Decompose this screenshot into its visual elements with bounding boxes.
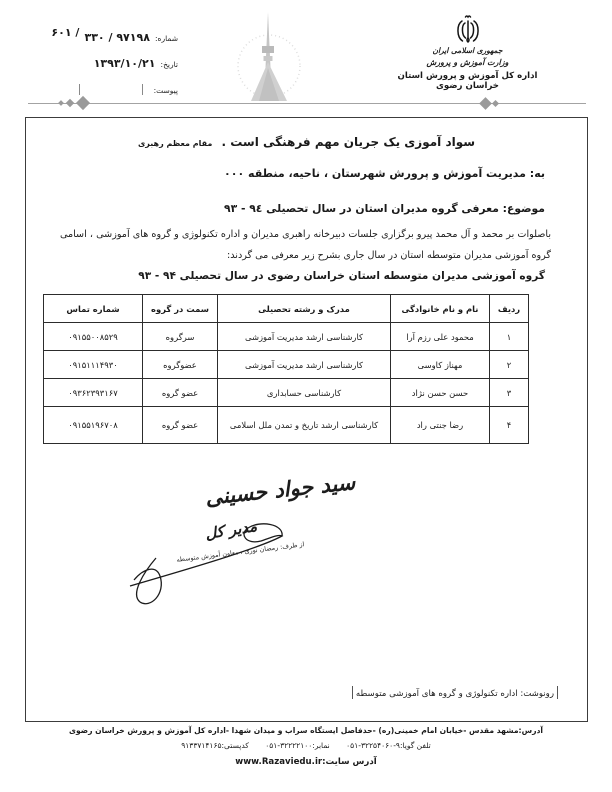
website-label: آدرس سایت: <box>322 757 377 767</box>
signatory-name: سید جواد حسینی <box>204 470 356 510</box>
table-cell: کارشناسی ارشد مدیریت آموزشی <box>218 351 391 379</box>
slogan-line: سواد آموزی یک جریان مهم فرهنگی است . مقا… <box>26 131 587 150</box>
iran-emblem-icon <box>456 14 480 44</box>
table-cell: عضوگروه <box>143 351 218 379</box>
subject-line: موضوع: معرفی گروه مدیران استان در سال تح… <box>224 202 545 215</box>
table-cell: رضا جنتی راد <box>391 407 490 444</box>
col-header-row-number: ردیف <box>490 295 529 323</box>
table-row: ۱محمود علی رزم آراکارشناسی ارشد مدیریت آ… <box>44 323 529 351</box>
table-cell: محمود علی رزم آرا <box>391 323 490 351</box>
meta-block: شماره: ۹۷۱۹۸ / ۳۳۰ / ۶۰۱ تاریخ: ۱۳۹۳/۱۰/… <box>28 26 178 104</box>
table-cell: حسن حسن نژاد <box>391 379 490 407</box>
table-cell: ۳ <box>490 379 529 407</box>
footer: آدرس:مشهد مقدس -خیابان امام خمینی(ره) -ح… <box>25 726 587 767</box>
slogan-text: سواد آموزی یک جریان مهم فرهنگی است . <box>221 135 475 149</box>
attachment-row: پیوست: <box>28 78 178 97</box>
cc-bracket <box>352 686 353 699</box>
letter-date-row: تاریخ: ۱۳۹۳/۱۰/۲۱ <box>28 52 178 71</box>
number-label: شماره: <box>155 34 178 43</box>
footer-fax: نمابر:۳۲۲۲۲۱۰۰-۰۵۱ <box>265 741 330 750</box>
date-value: ۱۳۹۳/۱۰/۲۱ <box>94 57 156 70</box>
col-header-role: سمت در گروه <box>143 295 218 323</box>
attachment-label: پیوست: <box>154 86 178 95</box>
divider-ornament <box>492 100 499 107</box>
footer-postal-code: کدپستی:۹۱۳۳۷۱۴۱۶۵ <box>181 741 249 750</box>
col-header-degree: مدرک و رشته تحصیلی <box>218 295 391 323</box>
recipient-line: به: مدیریت آموزش و پرورش شهرستان ، ناحیه… <box>224 167 545 180</box>
table-cell: ۰۹۱۵۵۱۹۶۷۰۸ <box>44 407 143 444</box>
table-title: گروه آموزشی مدیران متوسطه استان خراسان ر… <box>138 270 545 282</box>
table-cell: ۰۹۱۵۵۰۰۸۵۲۹ <box>44 323 143 351</box>
attachment-bracket <box>79 84 143 95</box>
table-header-row: ردیف نام و نام خانوادگی مدرک و رشته تحصی… <box>44 295 529 323</box>
footer-website-line: آدرس سایت:www.Razaviedu.ir <box>25 757 587 767</box>
footer-phone: تلفن گویا:۹-۳۲۲۵۴۰۶۰-۰۵۱ <box>346 741 431 750</box>
cc-text: رونوشت: اداره تکنولوژی و گروه های آموزشی… <box>356 689 554 699</box>
table-cell: کارشناسی ارشد مدیریت آموزشی <box>218 323 391 351</box>
table-cell: مهناز کاوسی <box>391 351 490 379</box>
table-row: ۴رضا جنتی رادکارشناسی ارشد تاریخ و تمدن … <box>44 407 529 444</box>
signature-flourish <box>122 518 297 610</box>
table-cell: ۰۹۱۵۱۱۱۴۹۳۰ <box>44 351 143 379</box>
table-cell: ۱ <box>490 323 529 351</box>
table-cell: عضو گروه <box>143 407 218 444</box>
table-cell: ۴ <box>490 407 529 444</box>
managers-table: ردیف نام و نام خانوادگی مدرک و رشته تحصی… <box>43 294 529 444</box>
number-value: ۹۷۱۹۸ / ۳۳۰ <box>85 31 150 44</box>
divider-ornament <box>479 97 492 110</box>
date-label: تاریخ: <box>161 60 178 69</box>
table-row: ۲مهناز کاوسیکارشناسی ارشد مدیریت آموزشیع… <box>44 351 529 379</box>
letter-page: شماره: ۹۷۱۹۸ / ۳۳۰ / ۶۰۱ تاریخ: ۱۳۹۳/۱۰/… <box>0 0 612 792</box>
table-cell: ۰۹۳۶۲۳۹۳۱۶۷ <box>44 379 143 407</box>
letter-number-row: شماره: ۹۷۱۹۸ / ۳۳۰ / ۶۰۱ <box>28 26 178 45</box>
letterhead-department: اداره کل آموزش و پرورش استان خراسان رضوی <box>385 71 550 91</box>
letterhead-country: جمهوری اسلامی ایران <box>385 46 550 55</box>
body-paragraph: باصلوات بر محمد و آل محمد پیرو برگزاری ج… <box>60 224 551 266</box>
letterhead-ministry: وزارت آموزش و پرورش <box>385 58 550 67</box>
col-header-full-name: نام و نام خانوادگی <box>391 295 490 323</box>
cc-line: رونوشت: اداره تکنولوژی و گروه های آموزشی… <box>349 686 561 699</box>
table-cell: ۲ <box>490 351 529 379</box>
table-cell: عضو گروه <box>143 379 218 407</box>
monument-watermark <box>231 10 305 104</box>
table-row: ۳حسن حسن نژادکارشناسی حسابداریعضو گروه۰۹… <box>44 379 529 407</box>
table-body: ۱محمود علی رزم آراکارشناسی ارشد مدیریت آ… <box>44 323 529 444</box>
table-cell: کارشناسی حسابداری <box>218 379 391 407</box>
slogan-attribution: مقام معظم رهبری <box>138 139 212 148</box>
table-cell: کارشناسی ارشد تاریخ و تمدن ملل اسلامی <box>218 407 391 444</box>
letter-body-frame: سواد آموزی یک جریان مهم فرهنگی است . مقا… <box>25 117 588 722</box>
cc-bracket <box>557 686 558 699</box>
header-divider <box>28 103 586 104</box>
footer-contact-line: تلفن گویا:۹-۳۲۲۵۴۰۶۰-۰۵۱ نمابر:۳۲۲۲۲۱۰۰-… <box>25 741 587 750</box>
footer-address: آدرس:مشهد مقدس -خیابان امام خمینی(ره) -ح… <box>25 726 587 735</box>
letterhead: جمهوری اسلامی ایران وزارت آموزش و پرورش … <box>385 14 550 91</box>
col-header-phone: شماره تماس <box>44 295 143 323</box>
website-url[interactable]: www.Razaviedu.ir <box>235 757 322 767</box>
table-cell: سرگروه <box>143 323 218 351</box>
number-value-suffix: / ۶۰۱ <box>51 26 79 39</box>
